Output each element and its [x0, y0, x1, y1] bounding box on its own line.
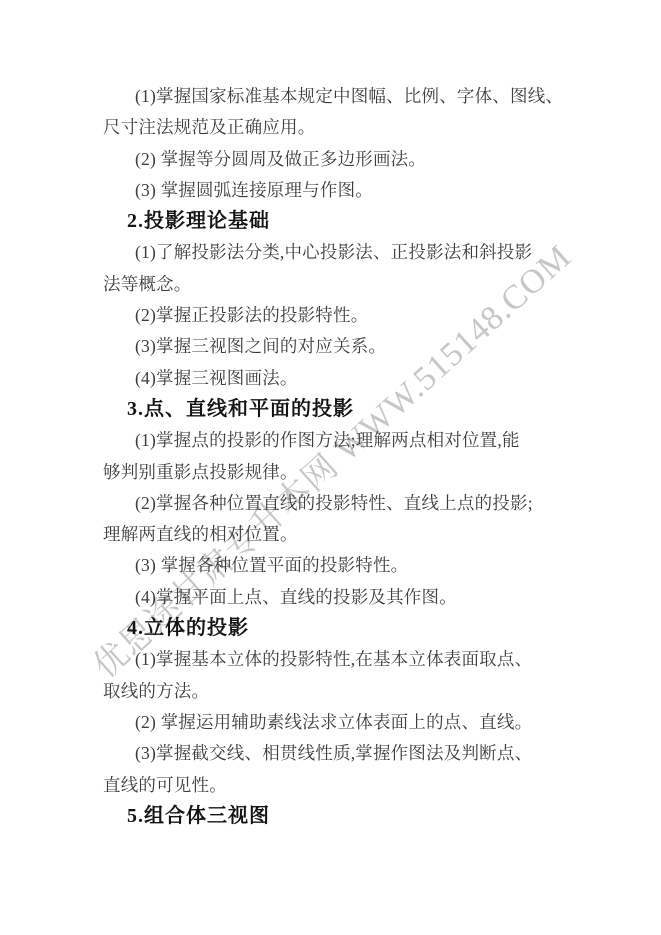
text-line: 理解两直线的相对位置。: [103, 519, 661, 550]
text-line: (2)掌握各种位置直线的投影特性、直线上点的投影;: [103, 488, 661, 519]
section-heading: 2.投影理论基础: [103, 206, 661, 237]
text-line: 取线的方法。: [103, 676, 661, 707]
document-body: (1)掌握国家标准基本规定中图幅、比例、字体、图线、 尺寸注法规范及正确应用。 …: [0, 81, 661, 832]
text-line: 直线的可见性。: [103, 770, 661, 801]
text-line: (3) 掌握各种位置平面的投影特性。: [103, 550, 661, 581]
text-line: (4)掌握平面上点、直线的投影及其作图。: [103, 582, 661, 613]
text-line: 尺寸注法规范及正确应用。: [103, 112, 661, 143]
text-line: (1)了解投影法分类,中心投影法、正投影法和斜投影: [103, 237, 661, 268]
text-line: (1)掌握基本立体的投影特性,在基本立体表面取点、: [103, 644, 661, 675]
section-heading: 4.立体的投影: [103, 613, 661, 644]
text-line: (2) 掌握等分圆周及做正多边形画法。: [103, 144, 661, 175]
document-page: 优思途甘肃专升本网 WWW.515148.COM (1)掌握国家标准基本规定中图…: [0, 0, 661, 935]
text-line: (3)掌握三视图之间的对应关系。: [103, 331, 661, 362]
text-line: (3) 掌握圆弧连接原理与作图。: [103, 175, 661, 206]
text-line: (2)掌握正投影法的投影特性。: [103, 300, 661, 331]
text-line: 够判别重影点投影规律。: [103, 457, 661, 488]
text-line: (3)掌握截交线、相贯线性质,掌握作图法及判断点、: [103, 738, 661, 769]
text-line: (1)掌握点的投影的作图方法;理解两点相对位置,能: [103, 425, 661, 456]
text-line: (1)掌握国家标准基本规定中图幅、比例、字体、图线、: [103, 81, 661, 112]
text-line: (4)掌握三视图画法。: [103, 363, 661, 394]
section-heading: 3.点、直线和平面的投影: [103, 394, 661, 425]
text-line: (2) 掌握运用辅助素线法求立体表面上的点、直线。: [103, 707, 661, 738]
section-heading: 5.组合体三视图: [103, 801, 661, 832]
text-line: 法等概念。: [103, 269, 661, 300]
